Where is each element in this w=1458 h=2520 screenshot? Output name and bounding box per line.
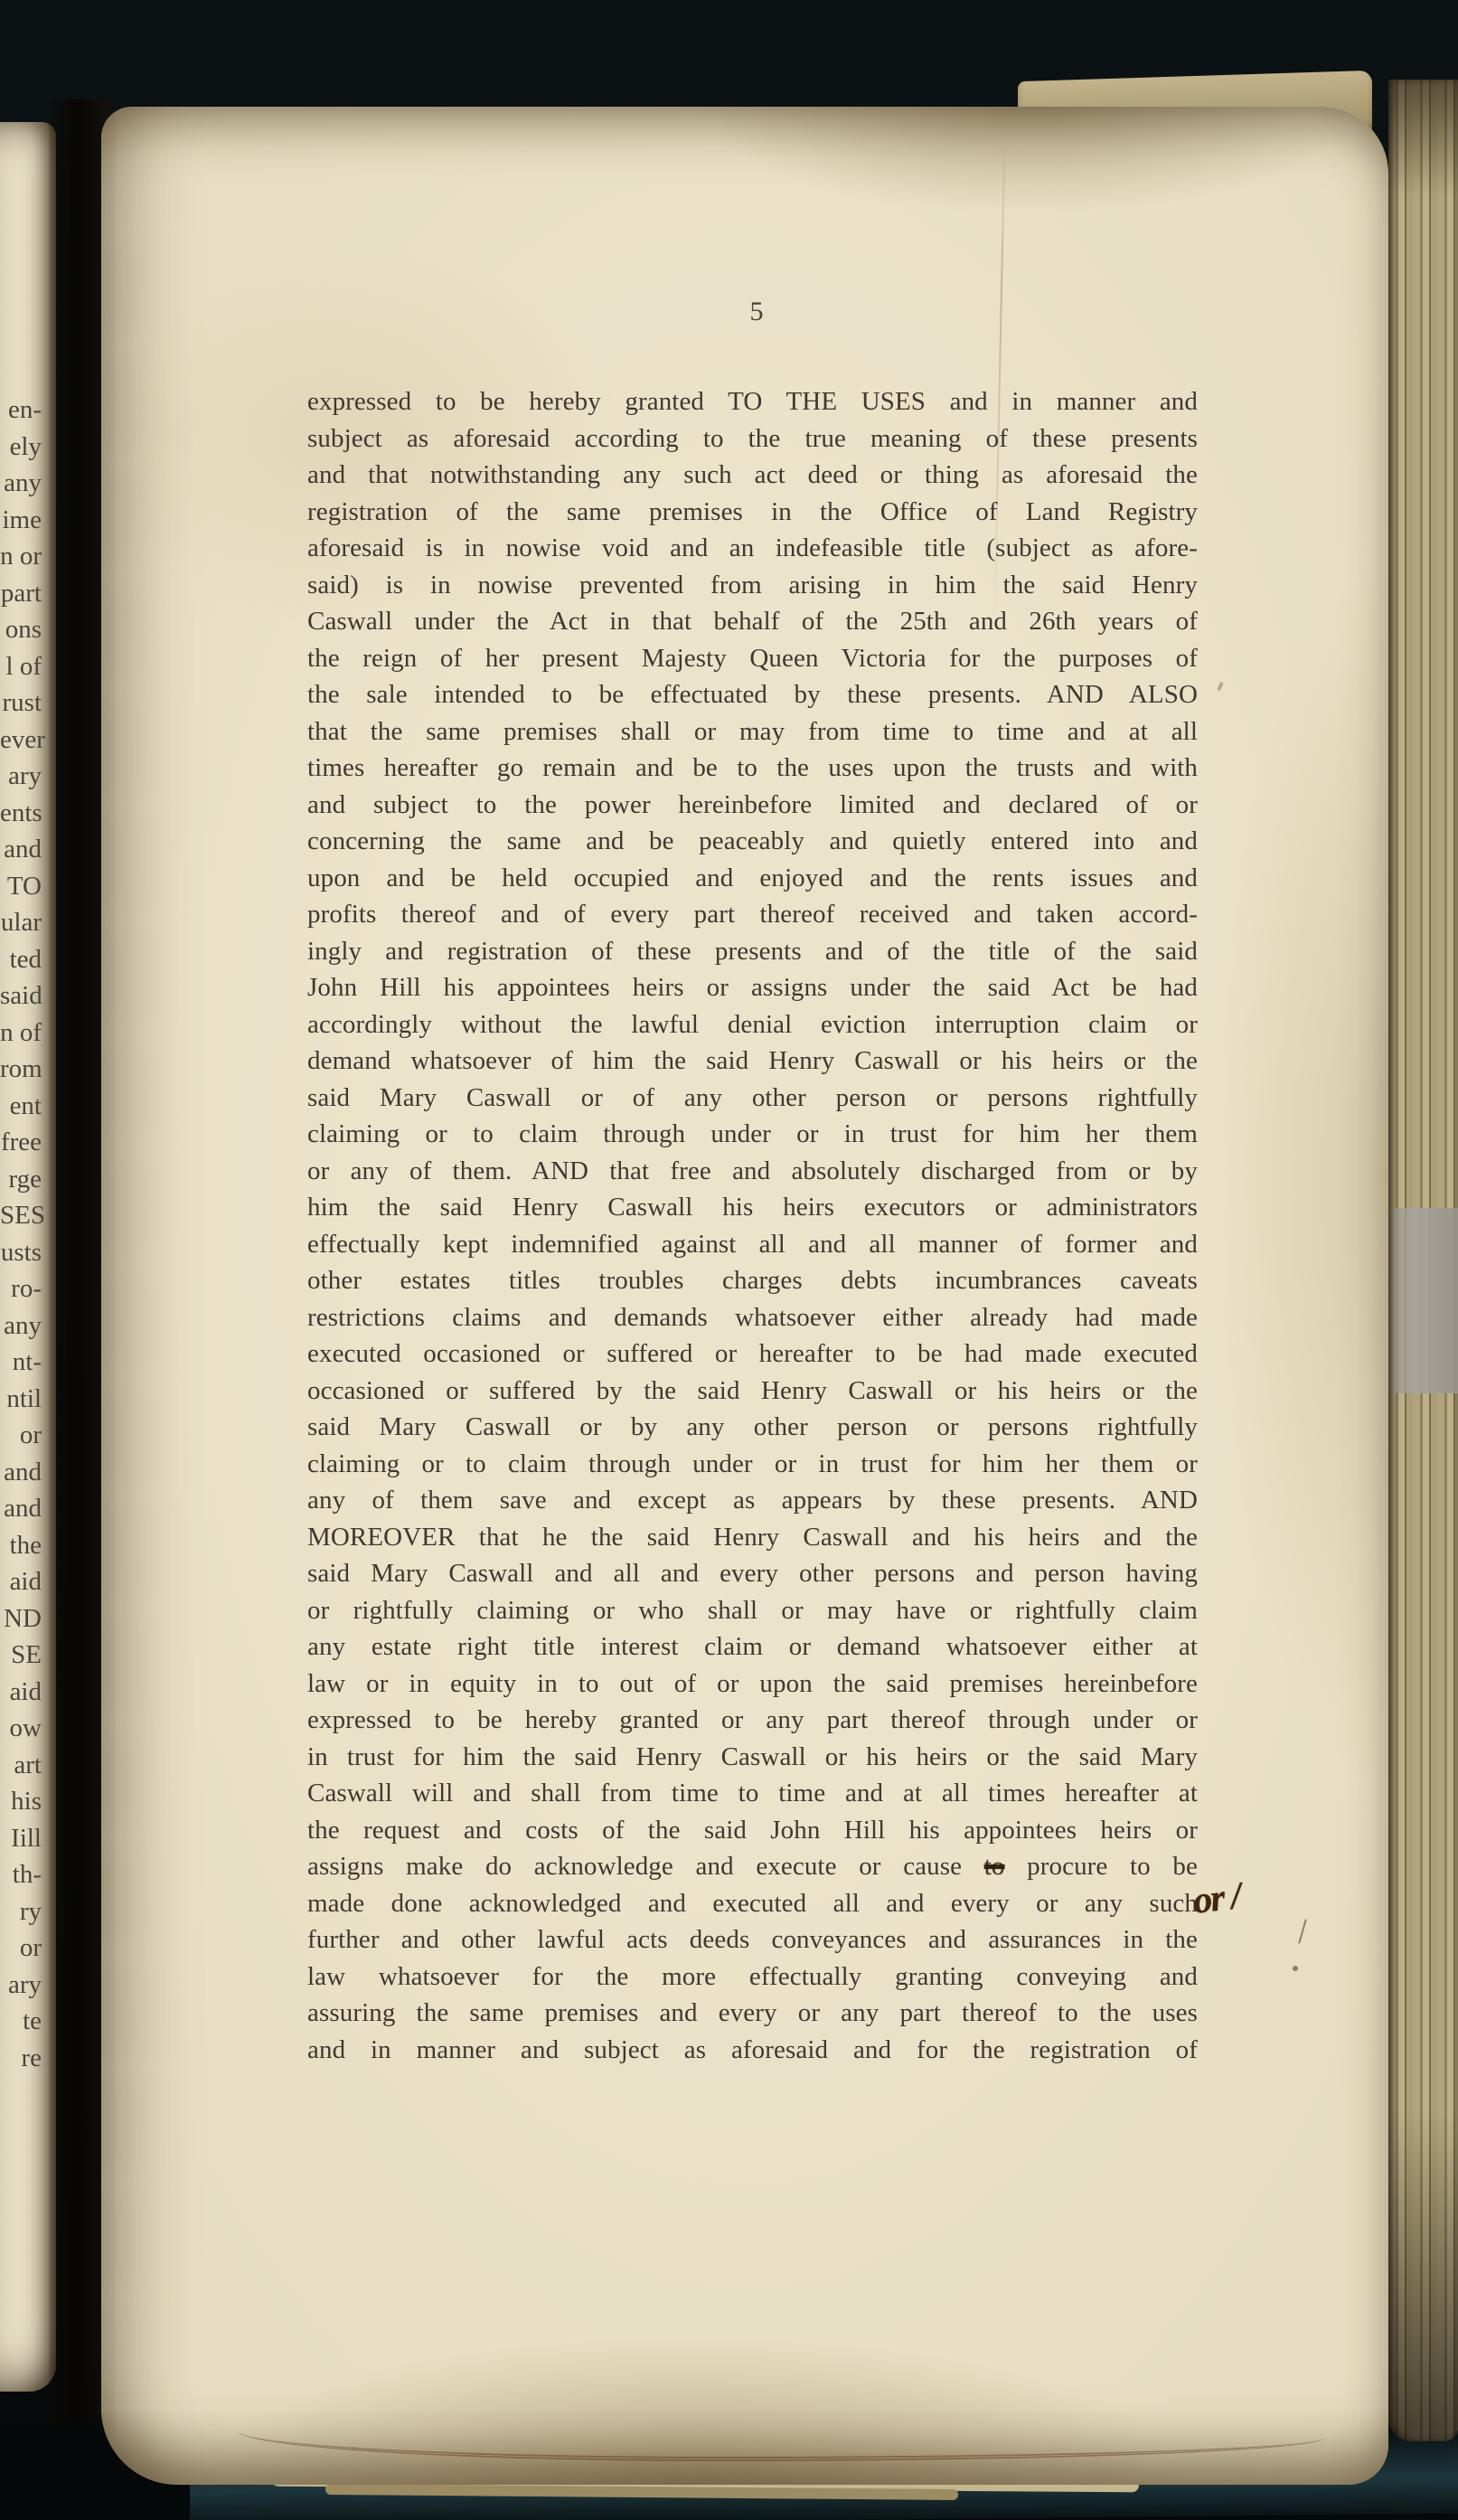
text-line: upon and be held occupied and enjoyed an… bbox=[307, 860, 1198, 897]
left-page-line-fragment: rom bbox=[0, 1051, 56, 1088]
text-line: any estate right title interest claim or… bbox=[307, 1628, 1198, 1666]
left-page-line-fragment: re bbox=[0, 2040, 56, 2077]
deed-text: expressed to be hereby granted TO THE US… bbox=[307, 383, 1198, 2068]
left-page-line-fragment: ro- bbox=[0, 1270, 56, 1307]
struck-out-word: to bbox=[984, 1852, 1005, 1881]
left-page-line-fragment: ntil bbox=[0, 1381, 56, 1418]
left-page-line-fragment: any bbox=[0, 465, 56, 502]
text-line: any of them save and except as appears b… bbox=[307, 1482, 1198, 1519]
left-page-line-fragment: or bbox=[0, 1417, 56, 1454]
left-page-line-fragment: and bbox=[0, 1454, 56, 1491]
text-line: claiming or to claim through under or in… bbox=[307, 1446, 1198, 1483]
text-line: said Mary Caswall or of any other person… bbox=[307, 1080, 1198, 1117]
left-page-line-fragment: rge bbox=[0, 1161, 56, 1198]
text-line: law or in equity in to out of or upon th… bbox=[307, 1666, 1198, 1703]
left-page-line-fragment: his bbox=[0, 1783, 56, 1820]
text-line: further and other lawful acts deeds conv… bbox=[307, 1921, 1198, 1958]
left-page-line-fragment: n or bbox=[0, 538, 56, 575]
left-page-line-fragment: usts bbox=[0, 1234, 56, 1271]
text-segment: procure to be bbox=[1005, 1852, 1199, 1881]
text-line: Caswall will and shall from time to time… bbox=[307, 1775, 1198, 1812]
left-page-line-fragment: ted bbox=[0, 941, 56, 978]
left-page-line-fragment: ime bbox=[0, 502, 56, 539]
text-line: MOREOVER that he the said Henry Caswall … bbox=[307, 1519, 1198, 1556]
left-page-line-fragment: SE bbox=[0, 1637, 56, 1674]
book-page: 5 expressed to be hereby granted TO THE … bbox=[101, 107, 1388, 2485]
ink-speck bbox=[1293, 1966, 1298, 1971]
text-line: and that notwithstanding any such act de… bbox=[307, 457, 1198, 494]
text-line: the reign of her present Majesty Queen V… bbox=[307, 640, 1198, 677]
left-page-line-fragment: and bbox=[0, 1490, 56, 1527]
fore-edge-gray-strip bbox=[1392, 1208, 1458, 1393]
left-page-line-fragment: ents bbox=[0, 795, 56, 832]
left-page-line-fragment: ND bbox=[0, 1600, 56, 1638]
text-line: law whatsoever for the more effectually … bbox=[307, 1958, 1198, 1996]
text-line: times hereafter go remain and be to the … bbox=[307, 750, 1198, 787]
left-page-line-fragment: the bbox=[0, 1527, 56, 1564]
text-line: profits thereof and of every part thereo… bbox=[307, 896, 1198, 933]
text-line: or any of them. AND that free and absolu… bbox=[307, 1153, 1198, 1190]
ink-speck bbox=[1298, 1919, 1307, 1943]
left-page-line-fragment: free bbox=[0, 1124, 56, 1161]
text-line: assigns make do acknowledge and execute … bbox=[307, 1848, 1198, 1885]
left-page-line-fragment: ow bbox=[0, 1710, 56, 1747]
text-line: and subject to the power hereinbefore li… bbox=[307, 787, 1198, 824]
text-line: subject as aforesaid according to the tr… bbox=[307, 420, 1198, 458]
text-line: him the said Henry Caswall his heirs exe… bbox=[307, 1189, 1198, 1226]
page-number: 5 bbox=[716, 297, 797, 327]
text-line: Caswall under the Act in that behalf of … bbox=[307, 603, 1198, 640]
page-bottom-edge-lines bbox=[237, 2426, 1325, 2461]
left-page-line-fragment: ons bbox=[0, 611, 56, 648]
left-page-line-fragment: or bbox=[0, 1930, 56, 1967]
left-page-line-fragment: aid bbox=[0, 1563, 56, 1600]
text-line: or rightfully claiming or who shall or m… bbox=[307, 1592, 1198, 1629]
left-page-line-fragment: ary bbox=[0, 1967, 56, 2004]
text-line: said Mary Caswall and all and every othe… bbox=[307, 1555, 1198, 1592]
left-page-line-fragment: rust bbox=[0, 684, 56, 722]
handwritten-annotation: or / bbox=[1190, 1874, 1242, 1923]
book-scan-photo: en-elyanyimen orpartonsl ofrusteveraryen… bbox=[0, 0, 1458, 2520]
text-line: demand whatsoever of him the said Henry … bbox=[307, 1043, 1198, 1080]
text-line: aforesaid is in nowise void and an indef… bbox=[307, 530, 1198, 567]
text-line: the request and costs of the said John H… bbox=[307, 1812, 1198, 1849]
text-line: registration of the same premises in the… bbox=[307, 494, 1198, 531]
left-page-line-fragment: n of bbox=[0, 1015, 56, 1052]
left-page-line-fragment: ever bbox=[0, 722, 56, 759]
ink-speck bbox=[1217, 682, 1224, 692]
left-page-line-fragment: ent bbox=[0, 1088, 56, 1125]
text-line: claiming or to claim through under or in… bbox=[307, 1116, 1198, 1153]
left-page-line-fragment: th- bbox=[0, 1856, 56, 1893]
text-line: made done acknowledged and executed all … bbox=[307, 1885, 1198, 1922]
text-line: restrictions claims and demands whatsoev… bbox=[307, 1299, 1198, 1336]
text-line: expressed to be hereby granted or any pa… bbox=[307, 1702, 1198, 1739]
text-line: other estates titles troubles charges de… bbox=[307, 1262, 1198, 1299]
text-line: executed occasioned or suffered or herea… bbox=[307, 1336, 1198, 1373]
left-page-line-fragment: part bbox=[0, 575, 56, 612]
left-page-line-fragment: ular bbox=[0, 904, 56, 941]
text-line: ingly and registration of these presents… bbox=[307, 933, 1198, 970]
left-page-line-fragment: art bbox=[0, 1747, 56, 1784]
left-page-line-fragment: said bbox=[0, 977, 56, 1015]
left-page-line-fragment: ary bbox=[0, 758, 56, 795]
left-page-line-fragment: and bbox=[0, 831, 56, 868]
left-page-line-fragment: ely bbox=[0, 429, 56, 466]
left-page-line-fragment: nt- bbox=[0, 1344, 56, 1381]
text-line: effectually kept indemnified against all… bbox=[307, 1226, 1198, 1263]
text-line: in trust for him the said Henry Caswall … bbox=[307, 1739, 1198, 1776]
text-line: the sale intended to be effectuated by t… bbox=[307, 676, 1198, 713]
left-page-line-fragment: SES bbox=[0, 1197, 56, 1234]
text-line: John Hill his appointees heirs or assign… bbox=[307, 969, 1198, 1006]
text-line: and in manner and subject as aforesaid a… bbox=[307, 2032, 1198, 2069]
left-page-line-fragment: Iill bbox=[0, 1820, 56, 1857]
text-line: expressed to be hereby granted TO THE US… bbox=[307, 383, 1198, 420]
left-page-line-fragment: ry bbox=[0, 1893, 56, 1930]
text-line: assuring the same premises and every or … bbox=[307, 1995, 1198, 2032]
left-page-line-fragment: any bbox=[0, 1307, 56, 1345]
text-line: occasioned or suffered by the said Henry… bbox=[307, 1373, 1198, 1410]
left-page-line-fragment: l of bbox=[0, 648, 56, 685]
left-page-line-fragment: en- bbox=[0, 392, 56, 429]
left-page-line-fragment: te bbox=[0, 2003, 56, 2040]
left-page-sliver: en-elyanyimen orpartonsl ofrusteveraryen… bbox=[0, 122, 56, 2392]
text-line: concerning the same and be peaceably and… bbox=[307, 823, 1198, 860]
text-line: that the same premises shall or may from… bbox=[307, 713, 1198, 750]
text-line: said) is in nowise prevented from arisin… bbox=[307, 567, 1198, 604]
text-line: said Mary Caswall or by any other person… bbox=[307, 1409, 1198, 1446]
fore-edge-page-stack bbox=[1388, 80, 1458, 2441]
left-page-line-fragment: TO bbox=[0, 868, 56, 905]
text-segment: assigns make do acknowledge and execute … bbox=[307, 1852, 984, 1881]
text-line: accordingly without the lawful denial ev… bbox=[307, 1006, 1198, 1043]
left-page-fragments: en-elyanyimen orpartonsl ofrusteveraryen… bbox=[0, 392, 56, 2076]
left-page-line-fragment: aid bbox=[0, 1674, 56, 1711]
